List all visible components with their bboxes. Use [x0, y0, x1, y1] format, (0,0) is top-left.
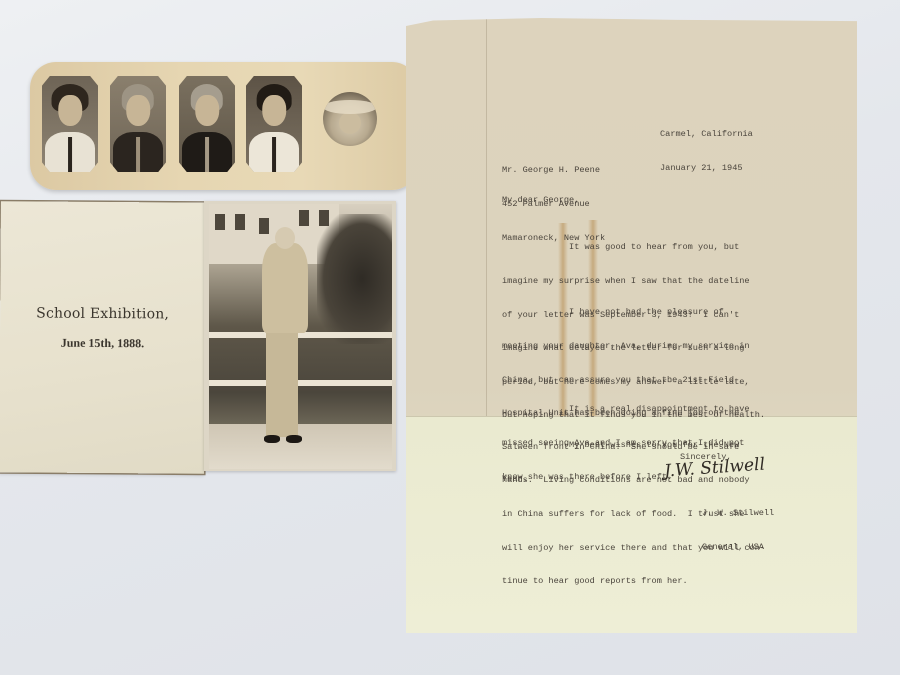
salutation: My dear George, [502, 195, 579, 206]
recipient-name: Mr. George H. Peene [502, 165, 605, 176]
portrait-man-profile [179, 76, 235, 172]
dateline-place: Carmel, California [660, 129, 753, 140]
man-head [275, 227, 295, 249]
sidewalk [209, 424, 392, 469]
line: My best wishes to you for the New [502, 440, 739, 451]
trees [317, 214, 392, 344]
man-jacket [262, 243, 308, 333]
shoe-right [286, 435, 302, 443]
portrait-man-reading [110, 76, 166, 172]
signer-block: J. W. Stilwell General, USA [702, 486, 774, 576]
railing-bottom [209, 380, 392, 386]
portrait-girl-oval [323, 92, 377, 146]
line: It was good to hear from you, but [502, 242, 765, 253]
shoe-left [264, 435, 280, 443]
program-title: School Exhibition, [0, 305, 205, 322]
man-legs [266, 329, 298, 437]
portrait-woman-1 [42, 76, 98, 172]
photo-man-at-railing [204, 201, 396, 471]
line: I have not had the pleasure of [502, 307, 765, 318]
typed-letter: Carmel, California January 21, 1945 Mr. … [406, 18, 857, 633]
dateline-date: January 21, 1945 [660, 163, 753, 174]
school-exhibition-program: School Exhibition, June 15th, 1888. [0, 201, 206, 473]
portrait-photo-strip [30, 62, 418, 190]
signer-title: General, USA [702, 542, 774, 553]
signer-name: J. W. Stilwell [702, 508, 774, 519]
line: tinue to hear good reports from her. [502, 576, 765, 587]
program-date: June 15th, 1888. [0, 335, 205, 351]
line: It is a real disappointment to have [502, 404, 750, 415]
letter-dateline: Carmel, California January 21, 1945 [660, 107, 753, 197]
fold-line [486, 18, 487, 418]
portrait-woman-2 [246, 76, 302, 172]
line: meeting your daughter, Ava, during my se… [502, 341, 765, 352]
